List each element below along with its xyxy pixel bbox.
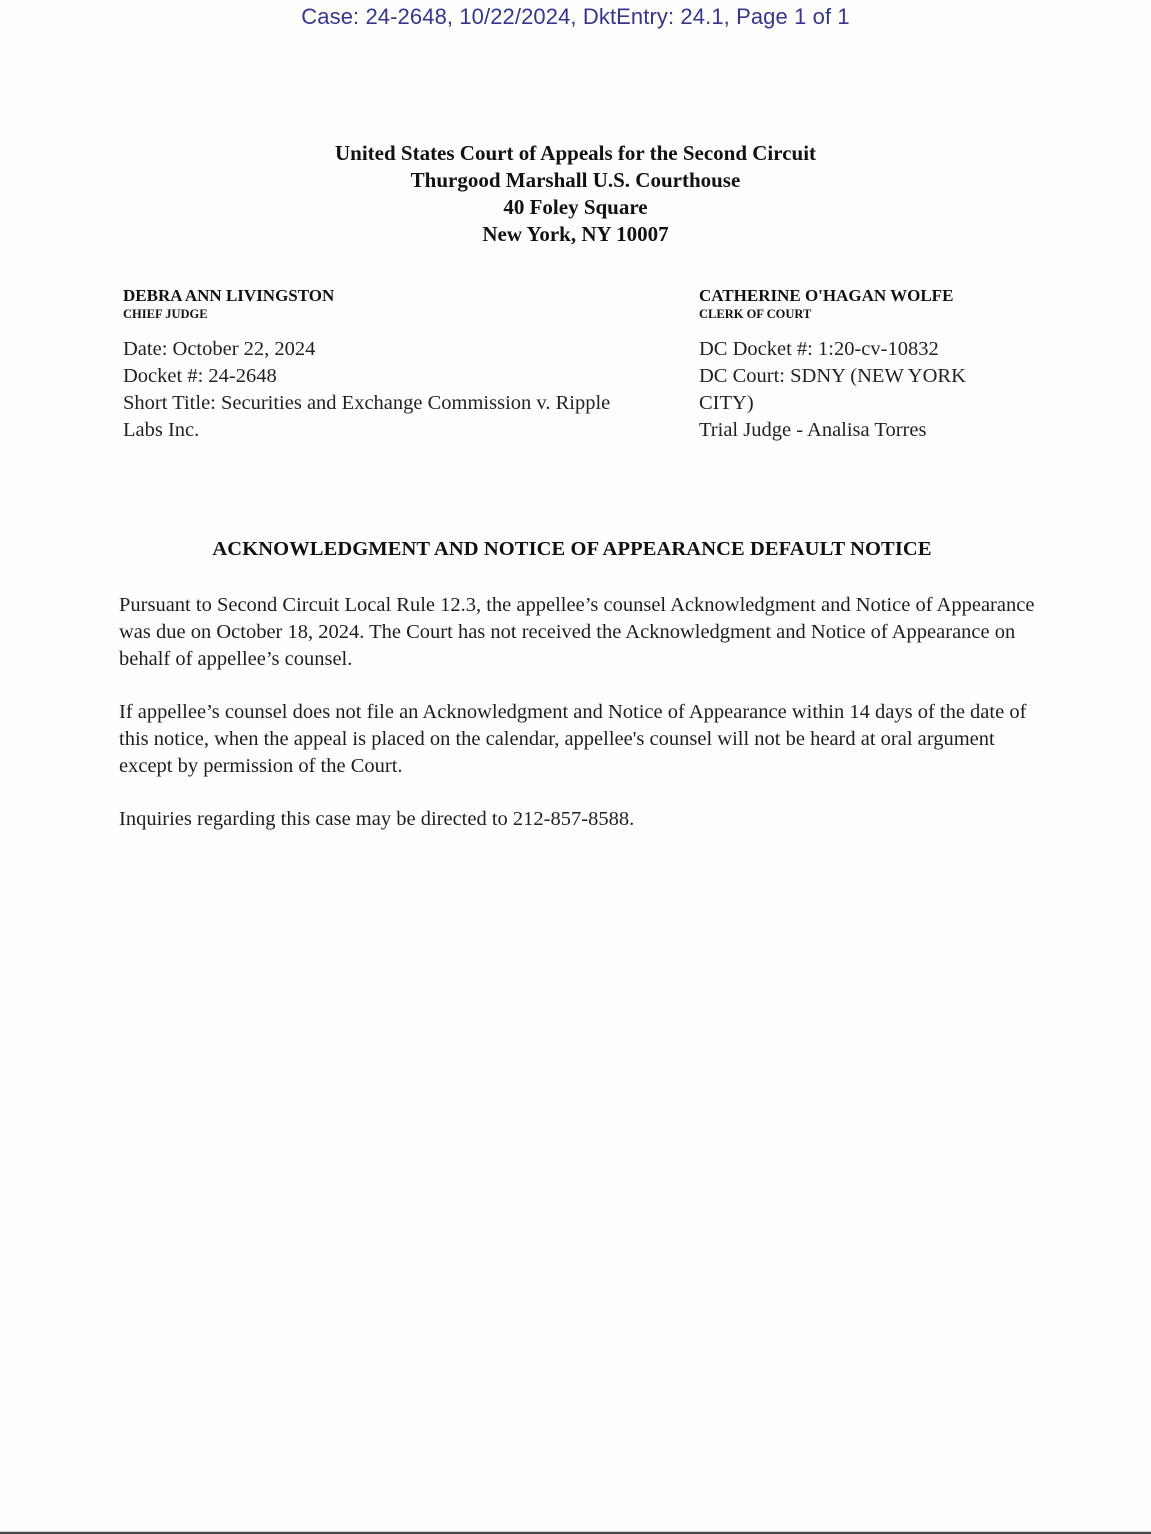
trial-judge: Trial Judge - Analisa Torres (699, 417, 1039, 444)
right-column: CATHERINE O'HAGAN WOLFE CLERK OF COURT D… (699, 286, 1039, 444)
dc-docket-number: DC Docket #: 1:20-cv-10832 (699, 336, 1039, 363)
short-title-line1: Short Title: Securities and Exchange Com… (123, 390, 693, 417)
court-letterhead: United States Court of Appeals for the S… (0, 140, 1151, 248)
notice-title: ACKNOWLEDGMENT AND NOTICE OF APPEARANCE … (0, 538, 1144, 561)
courthouse-name: Thurgood Marshall U.S. Courthouse (0, 167, 1151, 194)
clerk-name: CATHERINE O'HAGAN WOLFE (699, 286, 1039, 306)
notice-paragraph-1: Pursuant to Second Circuit Local Rule 12… (119, 592, 1039, 673)
chief-judge-title: CHIEF JUDGE (123, 306, 693, 322)
docket-number: Docket #: 24-2648 (123, 363, 693, 390)
short-title-line2: Labs Inc. (123, 417, 693, 444)
notice-date: Date: October 22, 2024 (123, 336, 693, 363)
notice-paragraph-3: Inquiries regarding this case may be dir… (119, 806, 1039, 833)
court-name: United States Court of Appeals for the S… (0, 140, 1151, 167)
court-street: 40 Foley Square (0, 194, 1151, 221)
dc-court-line1: DC Court: SDNY (NEW YORK (699, 363, 1039, 390)
chief-judge-name: DEBRA ANN LIVINGSTON (123, 286, 693, 306)
court-city: New York, NY 10007 (0, 221, 1151, 248)
case-stamp-header: Case: 24-2648, 10/22/2024, DktEntry: 24.… (0, 4, 1151, 30)
dc-court-line2: CITY) (699, 390, 1039, 417)
clerk-title: CLERK OF COURT (699, 306, 1039, 322)
left-column: DEBRA ANN LIVINGSTON CHIEF JUDGE Date: O… (123, 286, 693, 444)
notice-paragraph-2: If appellee’s counsel does not file an A… (119, 699, 1039, 780)
